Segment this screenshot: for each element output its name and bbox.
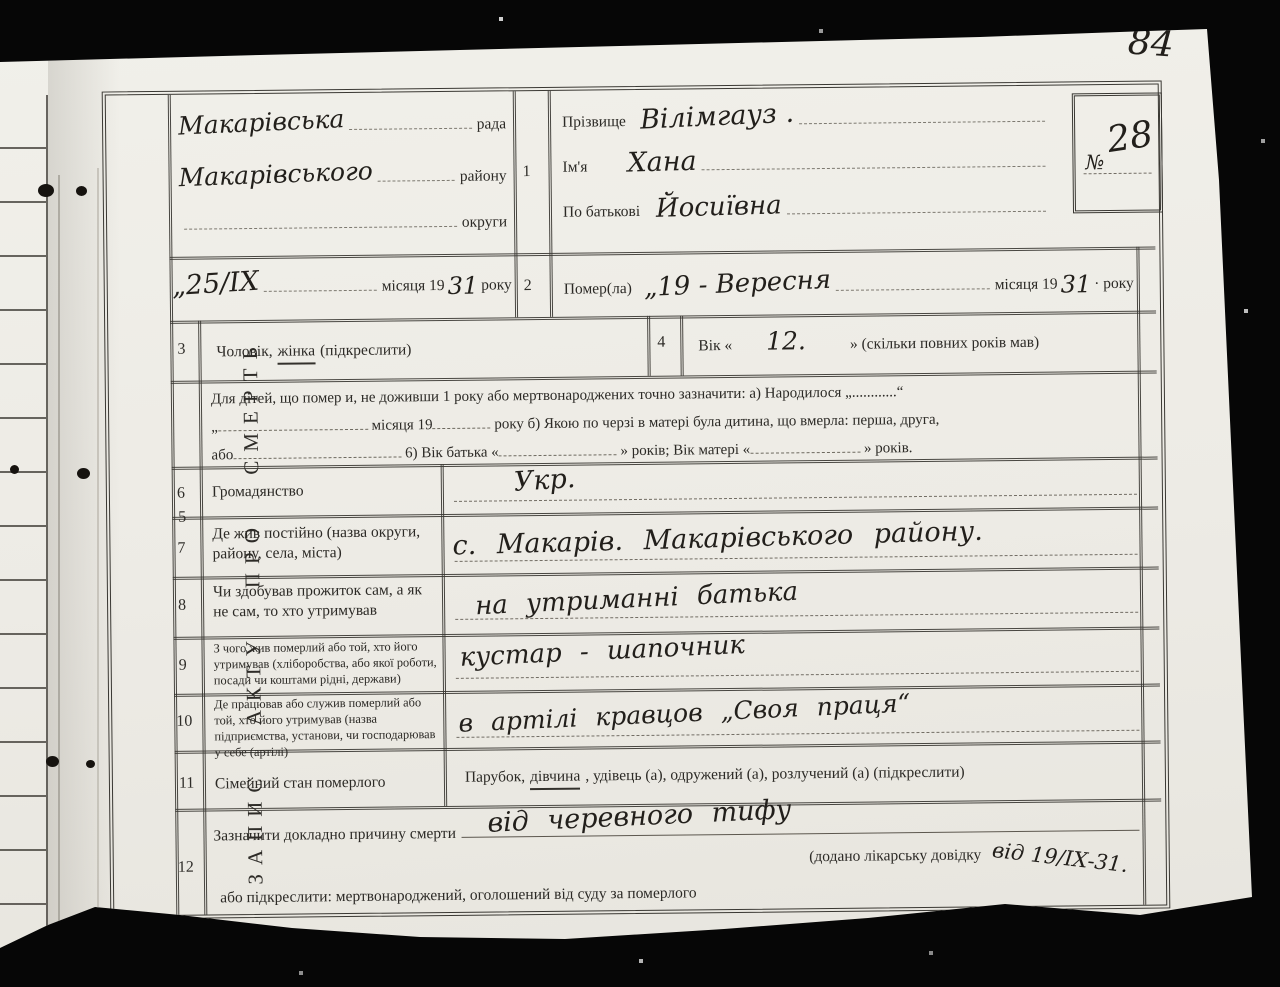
page-number: 84 [1127,24,1175,63]
cause-of-death-block: Зазначити докладно причину смерти від че… [213,799,1146,915]
patronymic-label: По батькові [563,202,640,223]
record-number-label: № [1085,152,1104,172]
firstname-label: Ім'я [562,158,587,179]
blank-line [218,426,368,432]
ink-blot [46,756,59,767]
citizenship-value: Укр. [513,465,576,496]
workplace-field: в артілі кравцов „Своя праця“ [452,684,1142,748]
ink-blot [10,465,19,474]
okruha-label: округи [462,212,507,233]
row-number-5: 5 [178,509,186,527]
ink-blot [38,184,54,197]
certificate-value: від 19/ІХ-31. [991,840,1129,876]
sex-field: Чоловік, жінка (підкреслити) [216,340,411,365]
ink-blot [76,186,87,196]
ink-blot [77,468,90,479]
marital-status-field: Парубок, дівчина , удівець (а), одружени… [465,761,1141,792]
table-line [548,91,553,317]
blank-line [499,451,617,456]
row-number-7: 7 [177,540,185,558]
registration-date-value: „25/ІХ [171,268,260,300]
write-in-line [184,224,457,230]
patronymic-field: По батькові Йосиївна [563,191,1051,224]
deceased-identity-block: Прізвище Вілімгауз . Ім'я Хана По батько… [562,100,1051,223]
or-label: або [211,447,233,463]
write-in-line [836,286,990,291]
years-label: » років. [864,440,913,457]
table-line [513,91,518,317]
table-line [647,316,651,376]
table-line [1084,173,1152,175]
row-number-4: 4 [657,334,665,352]
firstname-field: Ім'я Хана [562,145,1050,179]
write-in-line [378,178,455,182]
died-year-label: · року [1094,274,1134,295]
table-line [680,315,684,375]
previous-page-table-edge [0,95,48,957]
citizenship-field: Укр. [450,457,1139,514]
year-value: 31 [448,274,479,298]
father-age-label: 6) Вік батька « [405,444,499,461]
council-field: Макарівська рада [178,107,506,138]
registration-date-field: „25/ІХ місяця 19 31 року [172,267,512,299]
row-number-3: 3 [177,341,185,359]
marital-underlined-value: дівчина [530,767,580,791]
write-in-line [264,288,377,292]
write-in-line: від черевного тифу [462,828,1140,838]
table-line [198,321,207,915]
death-date-field: Помер(ла) „19 - Вересня місяця 19 31 · р… [564,267,1134,300]
surname-value: Вілімгауз . [639,100,794,134]
month-label: місяця 19 [382,276,445,297]
document-paper: 84 ЗАПИС АКТУ ПРО СМЕРТЬ № [0,0,1280,987]
age-label: Вік « [698,336,732,357]
support-value: на утриманні батька [475,579,799,620]
residence-field: с. Макарів. Макарівського району. [450,507,1140,574]
firstname-value: Хана [627,148,697,177]
row-number-10: 10 [176,713,192,731]
write-in-line [787,209,1046,215]
cause-value: від черевного тифу [487,796,792,837]
died-value: „19 - Вересня [643,267,831,301]
died-label: Помер(ла) [564,279,632,300]
registration-office-block: Макарівська рада Макарівського району ок… [178,107,507,236]
patronymic-value: Йосиївна [656,192,782,222]
age-suffix: » (скільки повних років мав) [850,333,1039,355]
age-value: 12. [766,328,806,353]
child-death-details-block: Для дітей, що помер и, не доживши 1 року… [211,377,1146,470]
council-label: рада [477,114,507,135]
surname-label: Прізвище [562,112,626,133]
citizenship-label: Громадянство [212,480,436,503]
record-number-value: 28 [1105,117,1156,159]
row-number-1: 1 [522,163,530,181]
district-value: Макарівського [178,159,373,191]
row-number-9: 9 [179,657,187,675]
blank-line [433,424,491,429]
sex-text-post: (підкреслити) [320,340,412,361]
write-in-line [456,671,1139,679]
sex-text-pre: Чоловік, [216,342,272,363]
row-number-11: 11 [179,775,195,793]
council-value: Макарівська [178,106,345,139]
certificate-label: (додано лікарську довідку [809,846,981,868]
sex-underlined-value: жінка [277,341,315,365]
livelihood-field: кустар - шапочник [451,627,1141,691]
dust-speckles [0,0,2,2]
row-number-2: 2 [524,277,532,295]
row-number-6: 6 [177,485,185,503]
workplace-label: Де працював або служив померлий або той,… [214,694,441,761]
stillborn-option-text: або підкреслити: мертвонароджений, оголо… [214,879,1146,909]
workplace-value: в артілі кравцов „Своя праця“ [458,690,911,735]
ink-blot [86,760,95,768]
marital-pre: Парубок, [465,767,525,788]
death-record-form: ЗАПИС АКТУ ПРО СМЕРТЬ № 28 Макарівська р… [102,80,1171,919]
marital-status-label: Сімейний стан померлого [215,772,441,795]
district-field: Макарівського району [178,160,506,191]
died-month-label: місяця 19 [995,275,1058,296]
table-line [170,311,1156,324]
write-in-line [349,126,471,130]
scan-background: 84 ЗАПИС АКТУ ПРО СМЕРТЬ № [0,0,1280,987]
residence-label: Де жив постійно (назва округи, району, с… [212,522,438,565]
month-label: місяця 19 [372,417,433,434]
table-line [168,95,180,915]
mother-age-label: » років; Вік матері « [620,441,750,458]
birth-order-text: року б) Якою по черзі в матері була дити… [494,412,939,433]
cause-label: Зазначити докладно причину смерти [213,824,456,847]
row-number-12: 12 [178,859,194,877]
died-year-value: 31 [1060,272,1091,296]
residence-value: с. Макарів. Макарівського району. [452,518,983,560]
marital-post: , удівець (а), одружений (а), розлучений… [585,763,965,787]
district-label: району [460,167,507,188]
write-in-line [702,164,1046,171]
okruha-field: округи [179,212,507,236]
livelihood-value: кустар - шапочник [459,632,745,671]
support-field: на утриманні батька [451,567,1141,634]
row-number-8: 8 [178,597,186,615]
surname-field: Прізвище Вілімгауз . [562,100,1050,134]
support-label: Чи здобував прожиток сам, а як не сам, т… [213,580,439,623]
certificate-field: (додано лікарську довідку від 19/ІХ-31. [214,841,1146,874]
year-label: року [481,275,512,296]
record-number-box: № 28 [1072,92,1163,213]
table-line [169,247,1155,260]
livelihood-label: З чого жив померлий або той, хто його ут… [213,638,439,689]
blank-line [750,448,860,453]
write-in-line [799,119,1045,125]
blank-line [233,453,401,459]
age-field: Вік « 12. » (скільки повних років мав) [698,325,1128,357]
